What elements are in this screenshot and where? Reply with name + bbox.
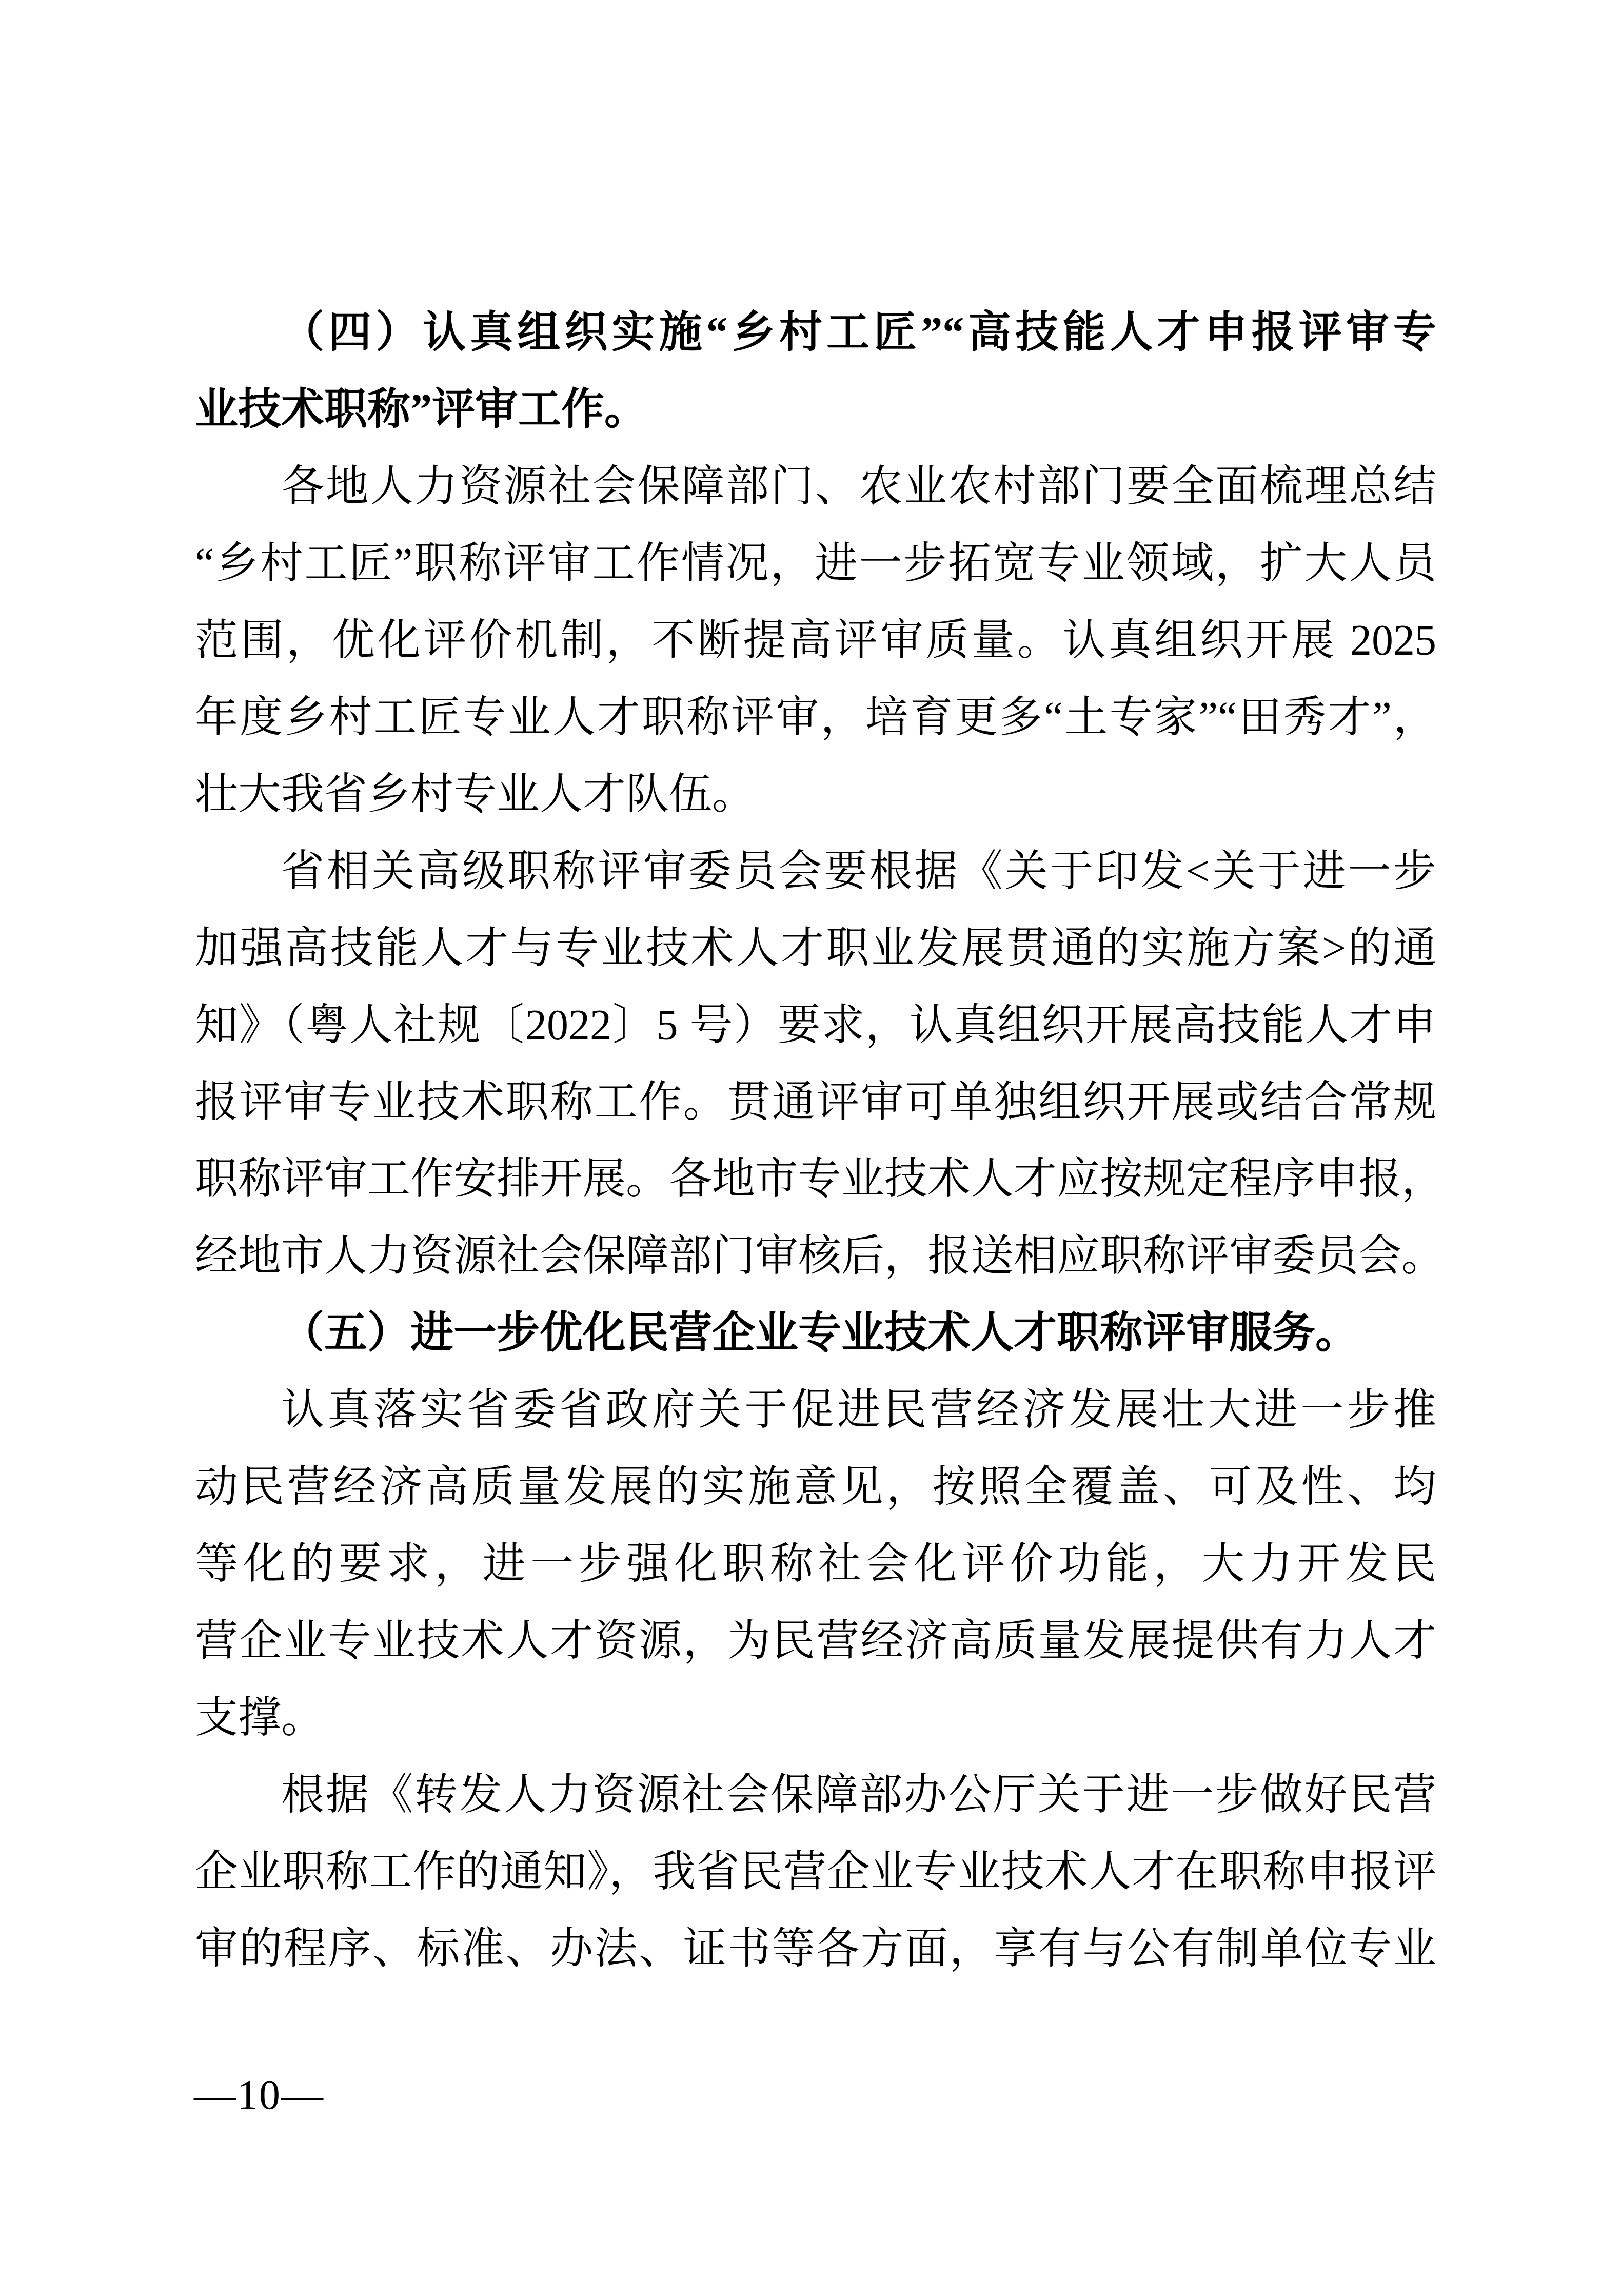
heading-line: （五）进一步优化民营企业专业技术人才职称评审服务。 <box>195 1295 1436 1372</box>
paragraph-line: 等化的要求，进一步强化职称社会化评价功能，大力开发民 <box>195 1526 1436 1603</box>
paragraph-line: 范围，优化评价机制，不断提高评审质量。认真组织开展 2025 <box>195 602 1436 679</box>
heading-line: 业技术职称”评审工作。 <box>195 371 1436 448</box>
paragraph-line: 支撑。 <box>195 1680 1436 1757</box>
page-number: —10— <box>194 2072 324 2118</box>
heading-line: （四）认真组织实施“乡村工匠”“高技能人才申报评审专 <box>195 295 1436 371</box>
paragraph-line: 动民营经济高质量发展的实施意见，按照全覆盖、可及性、均 <box>195 1449 1436 1526</box>
paragraph-line: 省相关高级职称评审委员会要根据《关于印发<关于进一步 <box>195 833 1436 910</box>
paragraph-line: 壮大我省乡村专业人才队伍。 <box>195 756 1436 833</box>
paragraph-line: 经地市人力资源社会保障部门审核后，报送相应职称评审委员会。 <box>195 1218 1436 1295</box>
paragraph-line: 审的程序、标准、办法、证书等各方面，享有与公有制单位专业 <box>195 1911 1436 1988</box>
paragraph-line: “乡村工匠”职称评审工作情况，进一步拓宽专业领域，扩大人员 <box>195 525 1436 602</box>
paragraph-line: 认真落实省委省政府关于促进民营经济发展壮大进一步推 <box>195 1372 1436 1449</box>
document-page: （四）认真组织实施“乡村工匠”“高技能人才申报评审专业技术职称”评审工作。各地人… <box>0 0 1621 2296</box>
document-body: （四）认真组织实施“乡村工匠”“高技能人才申报评审专业技术职称”评审工作。各地人… <box>195 295 1436 1988</box>
paragraph-line: 职称评审工作安排开展。各地市专业技术人才应按规定程序申报， <box>195 1141 1436 1218</box>
paragraph-line: 各地人力资源社会保障部门、农业农村部门要全面梳理总结 <box>195 448 1436 525</box>
paragraph-line: 加强高技能人才与专业技术人才职业发展贯通的实施方案>的通 <box>195 910 1436 987</box>
paragraph-line: 根据《转发人力资源社会保障部办公厅关于进一步做好民营 <box>195 1757 1436 1834</box>
paragraph-line: 报评审专业技术职称工作。贯通评审可单独组织开展或结合常规 <box>195 1064 1436 1141</box>
paragraph-line: 年度乡村工匠专业人才职称评审，培育更多“土专家”“田秀才”， <box>195 679 1436 756</box>
paragraph-line: 企业职称工作的通知》，我省民营企业专业技术人才在职称申报评 <box>195 1834 1436 1911</box>
paragraph-line: 营企业专业技术人才资源，为民营经济高质量发展提供有力人才 <box>195 1603 1436 1680</box>
paragraph-line: 知》（粤人社规〔2022〕5 号）要求，认真组织开展高技能人才申 <box>195 987 1436 1064</box>
